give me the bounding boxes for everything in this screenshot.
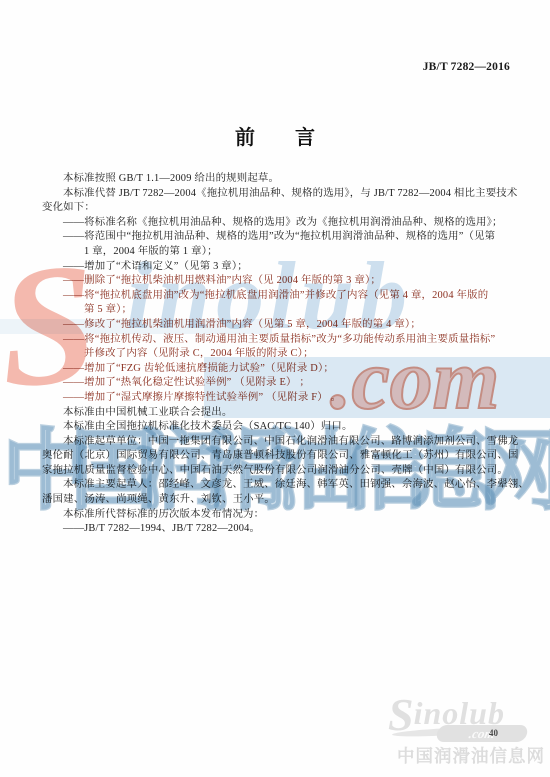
document-page: S inolub .com 中国润滑油信息网 JB/T 7282—2016 前 … bbox=[0, 0, 550, 777]
body-line: 1 章，2004 年版的第 1 章）； bbox=[42, 245, 514, 260]
body-line: ——将“拖拉机底盘用油”改为“拖拉机底盘用润滑油”并修改了内容（见第 4 章，2… bbox=[42, 289, 514, 304]
body-line: 本标准所代替标准的历次版本发布情况为： bbox=[42, 508, 514, 523]
body-line: 本标准代替 JB/T 7282—2004《拖拉机用油品种、规格的选用》，与 JB… bbox=[42, 187, 514, 202]
standard-number: JB/T 7282—2016 bbox=[423, 61, 510, 73]
page-title: 前 言 bbox=[0, 121, 550, 150]
body-line: ——将标准名称《拖拉机用油品种、规格的选用》改为《拖拉机用润滑油品种、规格的选用… bbox=[42, 216, 514, 231]
body-line: ——JB/T 7282—1994、JB/T 7282—2004。 bbox=[42, 522, 514, 537]
body-line: ——修改了“拖拉机柴油机用润滑油”内容（见第 5 章，2004 年版的第 4 章… bbox=[42, 318, 514, 333]
body-line: 本标准主要起草人：邵经峰、文彦龙、王威、徐廷海、韩军英、田钢强、佘海波、赵心怡、… bbox=[42, 478, 514, 493]
body-line: 本标准由全国拖拉机标准化技术委员会（SAC/TC 140）归口。 bbox=[42, 420, 514, 435]
corner-site-name-cn: 中国润滑油信息网 bbox=[397, 743, 545, 768]
body-line: ——增加了“术语和定义”（见第 3 章）； bbox=[42, 260, 514, 275]
body-line: 第 5 章）； bbox=[42, 303, 514, 318]
body-line: 家拖拉机质量监督检验中心、中国石油天然气股份有限公司润滑油分公司、壳牌（中国）有… bbox=[42, 464, 514, 479]
body-line: 本标准按照 GB/T 1.1—2009 给出的规则起草。 bbox=[42, 172, 514, 187]
body-line: ——增加了“热氧化稳定性试验举例” （见附录 E） ； bbox=[42, 376, 514, 391]
body-line: 奥伦耐（北京）国际贸易有限公司、青岛康普顿科技股份有限公司、雅富顿化工（苏州）有… bbox=[42, 449, 514, 464]
body-line: ——将“拖拉机传动、液压、制动通用油主要质量指标”改为“多功能传动系用油主要质量… bbox=[42, 333, 514, 348]
body-line: 变化如下： bbox=[42, 201, 514, 216]
body-line: 本标准起草单位：中国一拖集团有限公司、中国石化润滑油有限公司、路博润添加剂公司、… bbox=[42, 435, 514, 450]
body-line: ——将范围中“拖拉机用油品种、规格的选用”改为“拖拉机用润滑油品种、规格的选用”… bbox=[42, 230, 514, 245]
body-line: 潘国建、汤涛、尚项绳、黄东升、刘钦、王小平。 bbox=[42, 493, 514, 508]
body-line: ——增加了“FZG 齿轮低速抗磨损能力试验”（见附录 D）； bbox=[42, 362, 514, 377]
body-line: ——增加了“湿式摩擦片摩擦特性试验举例” （见附录 F） 。 bbox=[42, 391, 514, 406]
body-line: 并修改了内容（见附录 C，2004 年版的附录 C）； bbox=[42, 347, 514, 362]
corner-logo-com: .com bbox=[435, 725, 529, 742]
foreword-body: 本标准按照 GB/T 1.1—2009 给出的规则起草。本标准代替 JB/T 7… bbox=[42, 172, 514, 537]
body-line: 本标准由中国机械工业联合会提出。 bbox=[42, 406, 514, 421]
body-line: ——删除了“拖拉机柴油机用燃料油”内容（见 2004 年版的第 3 章）； bbox=[42, 274, 514, 289]
page-number: 40 bbox=[489, 728, 498, 738]
